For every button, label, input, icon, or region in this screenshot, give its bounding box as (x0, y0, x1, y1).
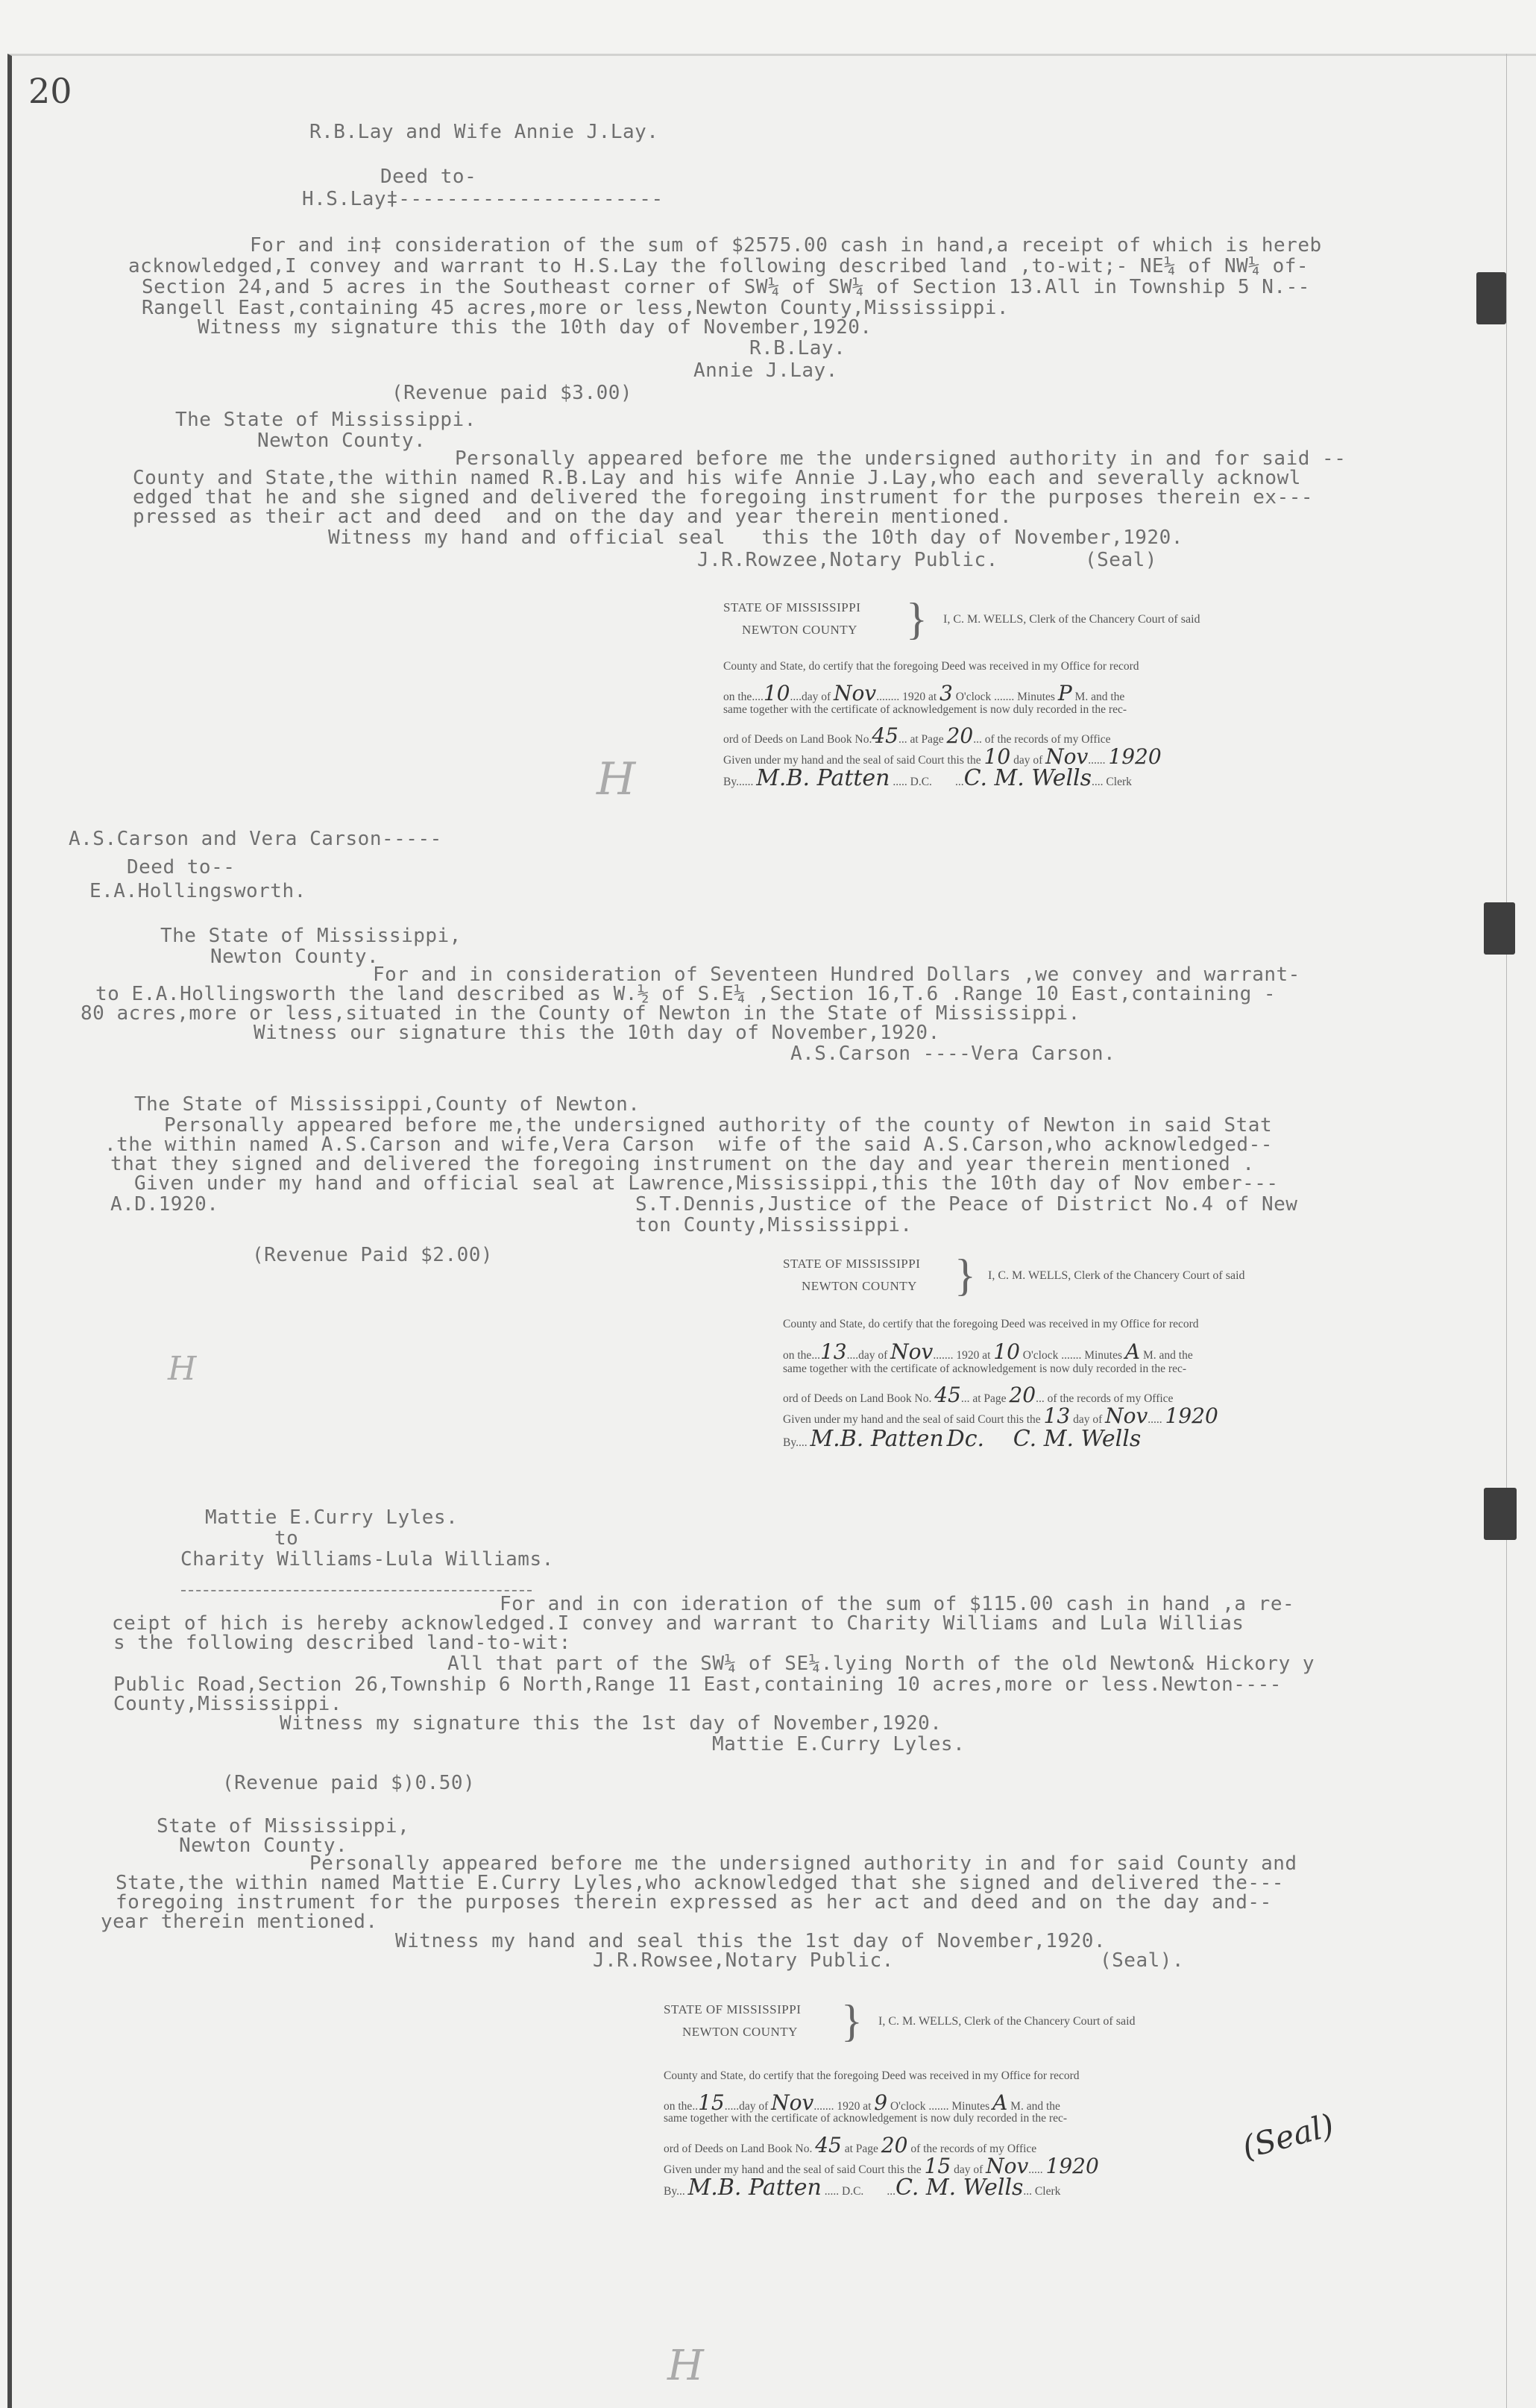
deed-grantee: Charity Williams-Lula Williams. (180, 1548, 554, 1571)
deed-body-line: For and in‡ consideration of the sum of … (250, 234, 1322, 257)
cert-hour: 10 (993, 1339, 1020, 1364)
clerk-signature: C. M. Wells (896, 2175, 1023, 2201)
cert-line: on the...13....day of Nov....... 1920 at… (783, 1339, 1193, 1364)
brace-icon: } (841, 1999, 863, 2043)
cert-label: Given under my hand and the seal of said… (783, 1413, 1041, 1426)
cert-label: 1920 at (902, 691, 937, 703)
brace-icon: } (954, 1253, 976, 1298)
index-tab (1484, 1488, 1517, 1540)
cert-line: County and State, do certify that the fo… (783, 1318, 1199, 1331)
cert-county: NEWTON COUNTY (742, 623, 857, 638)
brace-icon: } (906, 597, 928, 641)
cert-ampm: P (1058, 681, 1072, 705)
cert-label: O'clock ....... Minutes (890, 2100, 989, 2113)
cert-label: D.C. (910, 776, 932, 788)
ack-county: Newton County. (257, 430, 426, 452)
deed-grantor: A.S.Carson and Vera Carson----- (69, 828, 442, 850)
revenue-note: (Revenue paid $3.00) (391, 382, 632, 404)
cert-label: By (723, 776, 736, 788)
deed-body-line: Witness my signature this the 10th day o… (198, 316, 872, 339)
signature: Annie J.Lay. (693, 359, 838, 382)
cert-label: 1920 at (956, 1349, 990, 1362)
cert-clerk-intro: I, C. M. WELLS, Clerk of the Chancery Co… (943, 613, 1200, 626)
recording-certificate: STATE OF MISSISSIPPI NEWTON COUNTY } I, … (716, 597, 1282, 783)
cert-line: County and State, do certify that the fo… (723, 660, 1139, 673)
cert-label: M. and the (1075, 691, 1125, 703)
deed-county: Newton County. (210, 946, 379, 968)
deed-body-line: Witness our signature this the 10th day … (254, 1022, 940, 1044)
notary-seal: (Seal). (1100, 1949, 1184, 1972)
signature: A.S.Carson ----Vera Carson. (790, 1043, 1115, 1065)
cert-label: By (783, 1436, 796, 1449)
cert-line: County and State, do certify that the fo… (664, 2069, 1080, 2083)
handwritten-h-mark: H (168, 1350, 196, 1388)
signature: Mattie E.Curry Lyles. (712, 1733, 965, 1755)
cert-given-year: 1920 (1165, 1403, 1218, 1428)
page-edge-line (1506, 54, 1507, 2408)
notary-name: J.R.Rowsee,Notary Public. (593, 1949, 894, 1972)
index-tab (1476, 272, 1506, 324)
ack-body-line: A.D.1920. (110, 1193, 218, 1216)
cert-line: on the....10....day of Nov........ 1920 … (723, 681, 1124, 705)
cert-clerk-intro: I, C. M. WELLS, Clerk of the Chancery Co… (878, 2015, 1136, 2028)
deed-grantor: Mattie E.Curry Lyles. (205, 1506, 458, 1529)
deed-grantor: R.B.Lay and Wife Annie J.Lay. (309, 121, 658, 143)
cert-label: By (664, 2185, 676, 2198)
deputy-signature: M.B. Patten (810, 1426, 943, 1452)
cert-month: Nov (834, 681, 876, 705)
justice-line: ton County,Mississippi. (635, 1214, 913, 1236)
clerk-signature: C. M. Wells (1013, 1426, 1141, 1452)
cert-label: day of (802, 691, 831, 703)
deed-grantee: E.A.Hollingsworth. (89, 880, 306, 902)
deputy-signature: M.B. Patten (756, 765, 890, 791)
cert-label: day of (739, 2100, 768, 2113)
ack-state: The State of Mississippi. (175, 409, 476, 431)
deed-body-line: All that part of the SW¼ of SE¼.lying No… (447, 1653, 1315, 1675)
handwritten-h-mark: H (667, 2342, 704, 2390)
cert-label: 1920 at (837, 2100, 871, 2113)
revenue-note: (Revenue Paid $2.00) (252, 1244, 493, 1266)
cert-label: day of (858, 1349, 887, 1362)
handwritten-h-mark: H (597, 753, 635, 805)
clerk-signature: C. M. Wells (964, 765, 1092, 791)
ack-body-line: year therein mentioned. (101, 1911, 378, 1933)
cert-month: Nov (890, 1339, 933, 1364)
justice-line: S.T.Dennis,Justice of the Peace of Distr… (635, 1193, 1297, 1216)
cert-line: same together with the certificate of ac… (723, 703, 1127, 717)
cert-label: O'clock ....... Minutes (1023, 1349, 1122, 1362)
cert-line: same together with the certificate of ac… (664, 2112, 1067, 2125)
cert-label: M. and the (1010, 2100, 1060, 2113)
cert-label: Dc. (947, 1426, 984, 1452)
separator-rule (181, 1590, 532, 1591)
recording-certificate: STATE OF MISSISSIPPI NEWTON COUNTY } I, … (656, 1999, 1238, 2192)
deed-body-line: acknowledged,I convey and warrant to H.S… (128, 255, 1309, 277)
index-tab (1484, 902, 1515, 955)
page-number: 20 (28, 71, 72, 111)
ack-body-line: Witness my hand and official seal this t… (328, 526, 1183, 549)
deed-to-label: Deed to-- (127, 856, 235, 878)
signature: R.B.Lay. (749, 337, 846, 359)
notary-seal: (Seal) (1085, 549, 1157, 571)
ack-body-line: pressed as their act and deed and on the… (133, 506, 1012, 528)
cert-clerk-intro: I, C. M. WELLS, Clerk of the Chancery Co… (988, 1269, 1245, 1283)
cert-given-day: 13 (1044, 1403, 1071, 1428)
deed-grantee: H.S.Lay‡---------------------- (302, 188, 664, 210)
cert-label: M. and the (1143, 1349, 1193, 1362)
ack-body-line: Given under my hand and official seal at… (134, 1172, 1279, 1195)
cert-label: on the (664, 2100, 692, 2113)
deed-body-line: s the following described land-to-wit: (113, 1632, 571, 1654)
cert-hour: 3 (939, 681, 953, 705)
cert-line: By... M.B. Patten ..... D.C. ...C. M. We… (664, 2175, 1060, 2201)
ack-state: The State of Mississippi,County of Newto… (134, 1093, 640, 1116)
deed-body-line: Section 24,and 5 acres in the Southeast … (142, 276, 1310, 298)
deed-to-label: to (274, 1527, 298, 1550)
recording-certificate: STATE OF MISSISSIPPI NEWTON COUNTY } I, … (775, 1253, 1342, 1447)
notary-name: J.R.Rowzee,Notary Public. (697, 549, 998, 571)
cert-line: By.... M.B. Patten Dc. C. M. Wells (783, 1426, 1141, 1452)
deputy-signature: M.B. Patten (688, 2175, 822, 2201)
cert-label: Clerk (1106, 776, 1131, 788)
cert-day: 10 (764, 681, 790, 705)
cert-label: Clerk (1035, 2185, 1060, 2198)
deed-body-line: Witness my signature this the 1st day of… (280, 1712, 942, 1735)
cert-line: Given under my hand and the seal of said… (783, 1403, 1218, 1428)
cert-state: STATE OF MISSISSIPPI (723, 600, 860, 615)
cert-line: same together with the certificate of ac… (783, 1362, 1186, 1376)
cert-line: By...... M.B. Patten ..... D.C. ...C. M.… (723, 765, 1132, 791)
cert-label: O'clock ....... Minutes (956, 691, 1055, 703)
cert-day: 13 (820, 1339, 847, 1364)
revenue-note: (Revenue paid $)0.50) (222, 1772, 475, 1794)
cert-state: STATE OF MISSISSIPPI (783, 1257, 920, 1271)
cert-state: STATE OF MISSISSIPPI (664, 2002, 801, 2017)
cert-county: NEWTON COUNTY (682, 2025, 798, 2040)
cert-label: on the (723, 691, 752, 703)
cert-label: D.C. (842, 2185, 863, 2198)
deed-state: The State of Mississippi, (160, 925, 462, 947)
cert-given-month: Nov (1105, 1403, 1148, 1428)
cert-county: NEWTON COUNTY (802, 1279, 917, 1294)
cert-label: on the (783, 1349, 811, 1362)
deed-to-label: Deed to- (380, 166, 476, 188)
cert-ampm: A (1125, 1339, 1140, 1364)
